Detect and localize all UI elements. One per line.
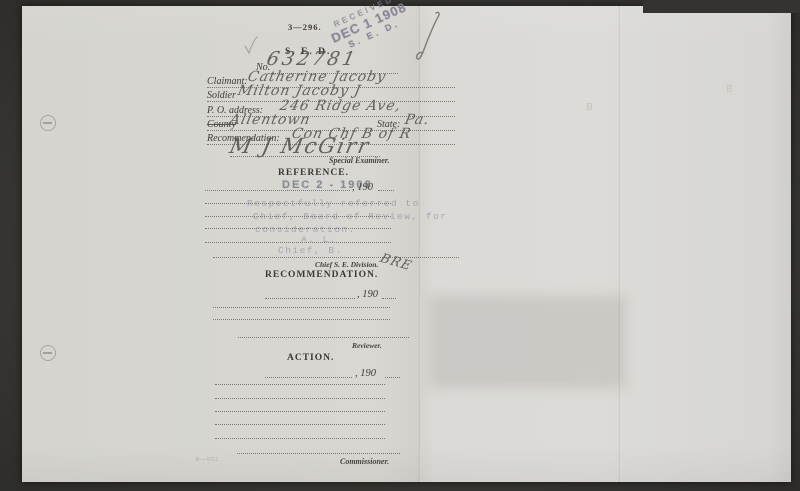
pencil-mark: B — [586, 103, 593, 113]
small-check-mark-icon — [243, 36, 259, 56]
referral-stamp-line: Chief, Board of Review, for — [253, 211, 447, 222]
paper-sheet: 3—296. RECEIVED DEC 1 1908 S. E. D. S. E… — [22, 6, 791, 482]
dotted-rule — [215, 424, 385, 425]
special-examiner-label: Special Examiner. — [329, 156, 389, 165]
action-heading: ACTION. — [287, 353, 334, 363]
scan-background-corner — [643, 0, 800, 13]
fastener-hole-mark — [40, 345, 56, 361]
printer-code: 8—652 — [196, 457, 219, 463]
dotted-rule — [215, 438, 385, 439]
fold-crease-right — [618, 6, 622, 482]
reference-year-suffix: , 190 — [352, 182, 373, 193]
referral-stamp-line: A. L. — [301, 234, 337, 245]
pencil-mark: B — [726, 85, 733, 95]
action-year-suffix: , 190 — [355, 368, 376, 379]
chief-initials-handwritten: BRE — [378, 251, 415, 274]
dotted-rule — [265, 298, 355, 299]
dotted-rule — [213, 319, 390, 320]
dotted-rule — [213, 307, 390, 308]
fastener-hole-mark — [40, 115, 56, 131]
dotted-rule — [385, 377, 400, 378]
dotted-rule — [378, 190, 394, 191]
dotted-rule — [382, 298, 396, 299]
dotted-rule — [237, 453, 400, 454]
handwritten-check-flourish-icon — [412, 10, 442, 64]
reference-heading: REFERENCE. — [278, 168, 349, 178]
soldier-value: Milton Jacoby J — [236, 83, 362, 99]
show-through-shadow — [430, 296, 626, 388]
dotted-rule — [215, 411, 385, 412]
dotted-rule — [238, 337, 409, 338]
reviewer-label: Reviewer. — [352, 341, 382, 350]
dotted-rule — [215, 398, 385, 399]
scanned-document-page: 3—296. RECEIVED DEC 1 1908 S. E. D. S. E… — [0, 0, 800, 491]
dotted-rule — [265, 377, 352, 378]
dotted-rule — [205, 190, 350, 191]
dotted-rule — [205, 242, 391, 243]
claim-number: 632781 — [265, 48, 360, 70]
chief-se-division-label: Chief S. E. Division. — [315, 260, 378, 269]
examiner-signature: M J McGirr — [227, 134, 372, 158]
recommendation-heading: RECOMMENDATION. — [265, 270, 378, 280]
fold-crease-left — [418, 6, 422, 482]
commissioner-label: Commissioner. — [340, 457, 389, 466]
referral-stamp-line: Respectfully referred to — [247, 198, 420, 209]
dotted-rule — [215, 384, 385, 385]
recommendation-year-suffix: , 190 — [357, 289, 378, 300]
soldier-label: Soldier — [207, 90, 236, 101]
referral-stamp-line: Chief, B. — [278, 245, 343, 256]
dotted-rule — [213, 257, 459, 258]
